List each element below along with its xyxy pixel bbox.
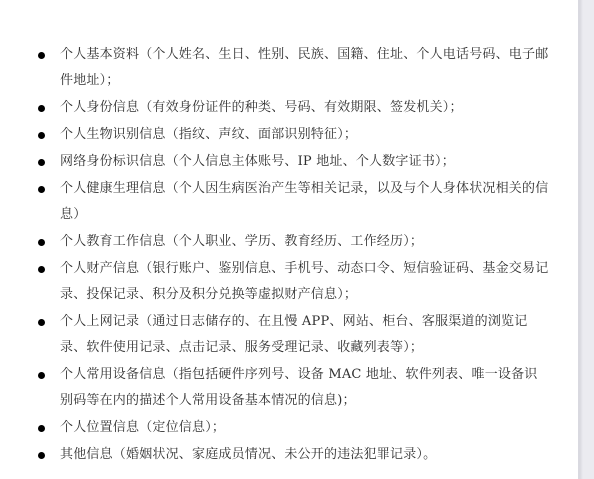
list-item: 个人上网记录（通过日志储存的、在且慢 APP、网站、柜台、客服渠道的浏览记录、软… [60, 309, 550, 361]
list-item: 个人健康生理信息（个人因生病医治产生等相关记录，以及与个人身体状况相关的信息） [60, 176, 550, 228]
list-item: 个人身份信息（有效身份证件的种类、号码、有效期限、签发机关）； [60, 95, 550, 121]
bullet-icon [38, 452, 45, 459]
bullet-icon [38, 186, 45, 193]
list-item: 个人位置信息（定位信息）； [60, 415, 550, 441]
list-item: 个人生物识别信息（指纹、声纹、面部识别特征）； [60, 122, 550, 148]
list-item-text: 网络身份标识信息（个人信息主体账号、IP 地址、个人数字证书）； [60, 149, 550, 175]
list-item: 其他信息（婚姻状况、家庭成员情况、未公开的违法犯罪记录）。 [60, 442, 550, 468]
list-item-text: 个人常用设备信息（指包括硬件序列号、设备 MAC 地址、软件列表、唯一设备识别码… [60, 362, 550, 414]
list-item: 个人基本资料（个人姓名、生日、性别、民族、国籍、住址、个人电话号码、电子邮件地址… [60, 42, 550, 94]
list-item-text: 其他信息（婚姻状况、家庭成员情况、未公开的违法犯罪记录）。 [60, 442, 550, 468]
personal-info-list: 个人基本资料（个人姓名、生日、性别、民族、国籍、住址、个人电话号码、电子邮件地址… [60, 42, 550, 469]
bullet-icon [38, 239, 45, 246]
document-page: 个人基本资料（个人姓名、生日、性别、民族、国籍、住址、个人电话号码、电子邮件地址… [0, 0, 578, 479]
bullet-icon [38, 105, 45, 112]
list-item: 个人教育工作信息（个人职业、学历、教育经历、工作经历）； [60, 229, 550, 255]
list-item: 个人常用设备信息（指包括硬件序列号、设备 MAC 地址、软件列表、唯一设备识别码… [60, 362, 550, 414]
scrollbar-track[interactable] [578, 0, 594, 479]
list-item-text: 个人上网记录（通过日志储存的、在且慢 APP、网站、柜台、客服渠道的浏览记录、软… [60, 309, 550, 361]
bullet-icon [38, 132, 45, 139]
bullet-icon [38, 425, 45, 432]
bullet-icon [38, 319, 45, 326]
bullet-icon [38, 159, 45, 166]
list-item-text: 个人基本资料（个人姓名、生日、性别、民族、国籍、住址、个人电话号码、电子邮件地址… [60, 42, 550, 94]
list-item: 网络身份标识信息（个人信息主体账号、IP 地址、个人数字证书）； [60, 149, 550, 175]
list-item-text: 个人教育工作信息（个人职业、学历、教育经历、工作经历）； [60, 229, 550, 255]
list-item-text: 个人生物识别信息（指纹、声纹、面部识别特征）； [60, 122, 550, 148]
list-item-text: 个人身份信息（有效身份证件的种类、号码、有效期限、签发机关）； [60, 95, 550, 121]
bullet-icon [38, 266, 45, 273]
bullet-icon [38, 52, 45, 59]
list-item-text: 个人位置信息（定位信息）； [60, 415, 550, 441]
list-item-text: 个人健康生理信息（个人因生病医治产生等相关记录，以及与个人身体状况相关的信息） [60, 176, 550, 228]
bullet-icon [38, 372, 45, 379]
list-item-text: 个人财产信息（银行账户、鉴别信息、手机号、动态口令、短信验证码、基金交易记录、投… [60, 256, 550, 308]
list-item: 个人财产信息（银行账户、鉴别信息、手机号、动态口令、短信验证码、基金交易记录、投… [60, 256, 550, 308]
